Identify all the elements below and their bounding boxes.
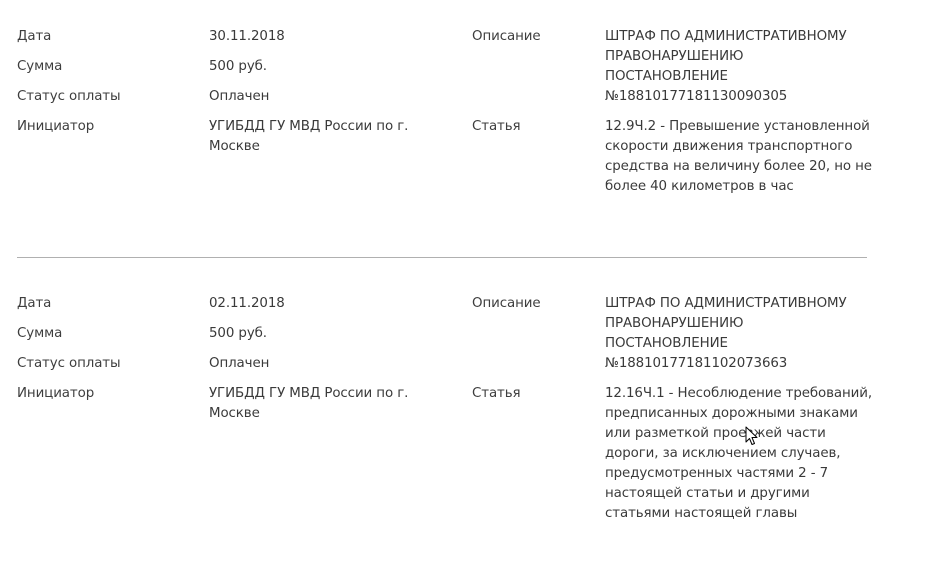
initiator-value: УГИБДД ГУ МВД России по г. Москве (209, 384, 424, 424)
record-divider (17, 257, 867, 258)
date-value: 30.11.2018 (209, 27, 449, 47)
date-value: 02.11.2018 (209, 294, 449, 314)
description-label: Описание (472, 27, 597, 47)
initiator-label: Инициатор (17, 117, 202, 137)
fine-labels-right: Описание Статья (472, 294, 597, 414)
mouse-pointer-icon (745, 426, 759, 446)
article-label: Статья (472, 384, 597, 404)
amount-label: Сумма (17, 57, 202, 77)
amount-value: 500 руб. (209, 324, 449, 344)
amount-value: 500 руб. (209, 57, 449, 77)
article-value: 12.16Ч.1 - Несоблюдение требований, пред… (605, 384, 873, 524)
initiator-value: УГИБДД ГУ МВД России по г. Москве (209, 117, 424, 157)
date-label: Дата (17, 294, 202, 314)
fine-labels-left: Дата Сумма Статус оплаты Инициатор (17, 294, 202, 414)
article-value: 12.9Ч.2 - Превышение установленной скоро… (605, 117, 873, 197)
payment-status-value: Оплачен (209, 87, 449, 107)
description-value: ШТРАФ ПО АДМИНИСТРАТИВНОМУ ПРАВОНАРУШЕНИ… (605, 27, 870, 107)
date-label: Дата (17, 27, 202, 47)
fine-values-right: ШТРАФ ПО АДМИНИСТРАТИВНОМУ ПРАВОНАРУШЕНИ… (605, 27, 880, 197)
fine-values-right: ШТРАФ ПО АДМИНИСТРАТИВНОМУ ПРАВОНАРУШЕНИ… (605, 294, 880, 524)
fine-labels-right: Описание Статья (472, 27, 597, 147)
description-value: ШТРАФ ПО АДМИНИСТРАТИВНОМУ ПРАВОНАРУШЕНИ… (605, 294, 870, 374)
amount-label: Сумма (17, 324, 202, 344)
fine-values-left: 30.11.2018 500 руб. Оплачен УГИБДД ГУ МВ… (209, 27, 449, 167)
fine-labels-left: Дата Сумма Статус оплаты Инициатор (17, 27, 202, 147)
article-label: Статья (472, 117, 597, 137)
payment-status-label: Статус оплаты (17, 87, 202, 107)
description-label: Описание (472, 294, 597, 314)
initiator-label: Инициатор (17, 384, 202, 404)
payment-status-label: Статус оплаты (17, 354, 202, 374)
fine-values-left: 02.11.2018 500 руб. Оплачен УГИБДД ГУ МВ… (209, 294, 449, 434)
payment-status-value: Оплачен (209, 354, 449, 374)
